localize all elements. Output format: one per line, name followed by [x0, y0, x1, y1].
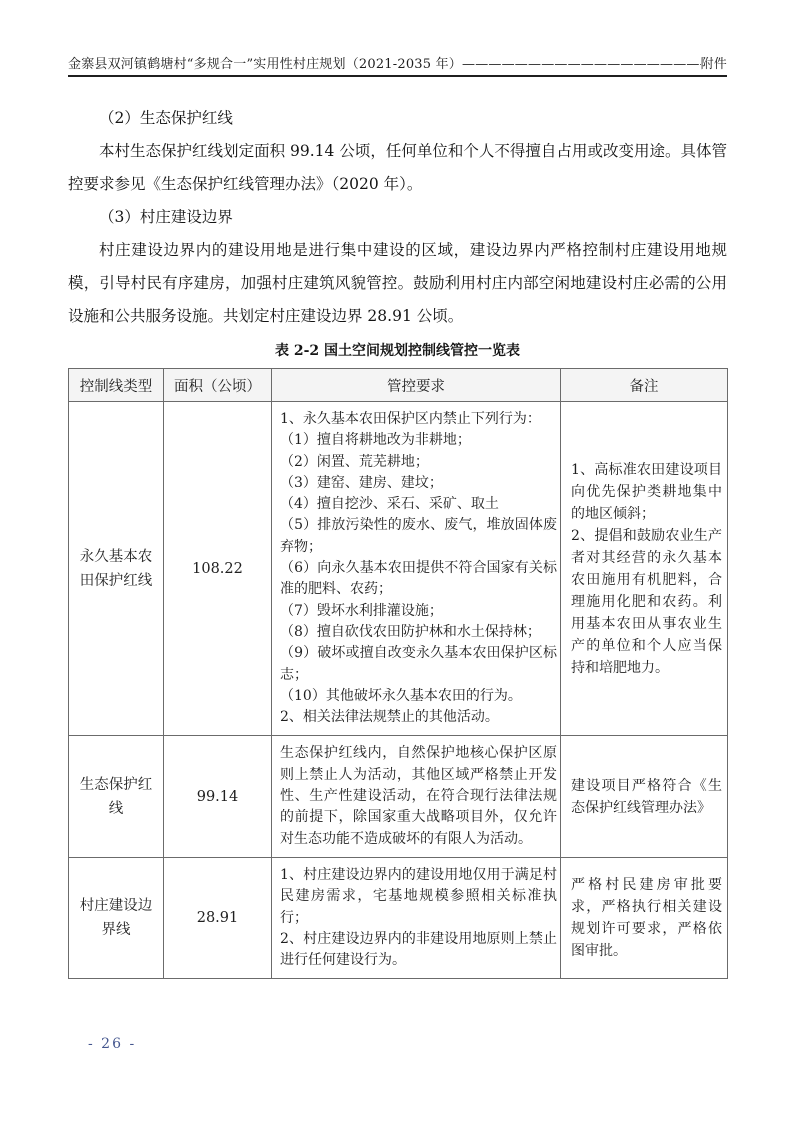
page-number: - 26 - [88, 1036, 136, 1052]
document-page: 金寨县双河镇鹤塘村“多规合一”实用性村庄规划（2021-2035 年） ————… [0, 0, 793, 1122]
cell-requirements: 1、村庄建设边界内的建设用地仅用于满足村民建房需求，宅基地规模参照相关标准执行；… [272, 857, 561, 978]
table-row-farmland-redline: 永久基本农田保护红线 108.22 1、永久基本农田保护区内禁止下列行为： （1… [69, 402, 728, 736]
body-text: （2）生态保护红线 本村生态保护红线划定面积 99.14 公顷，任何单位和个人不… [68, 102, 727, 333]
cell-area: 108.22 [164, 402, 272, 736]
paragraph-eco-redline-heading: （2）生态保护红线 [68, 102, 727, 135]
running-header: 金寨县双河镇鹤塘村“多规合一”实用性村庄规划（2021-2035 年） ————… [68, 0, 727, 77]
cell-remark: 建设项目严格符合《生态保护红线管理办法》 [561, 736, 728, 857]
table-header-row: 控制线类型 面积（公顷） 管控要求 备注 [69, 369, 728, 402]
table-caption: 表 2-2 国土空间规划控制线管控一览表 [68, 340, 727, 360]
paragraph-village-boundary-heading: （3）村庄建设边界 [68, 201, 727, 234]
cell-requirements: 1、永久基本农田保护区内禁止下列行为： （1）擅自将耕地改为非耕地； （2）闲置… [272, 402, 561, 736]
paragraph-eco-redline-body: 本村生态保护红线划定面积 99.14 公顷，任何单位和个人不得擅自占用或改变用途… [68, 135, 727, 201]
cell-area: 99.14 [164, 736, 272, 857]
table-row-village-boundary: 村庄建设边界线 28.91 1、村庄建设边界内的建设用地仅用于满足村民建房需求，… [69, 857, 728, 978]
cell-area: 28.91 [164, 857, 272, 978]
paragraph-village-boundary-body: 村庄建设边界内的建设用地是进行集中建设的区域，建设边界内严格控制村庄建设用地规模… [68, 234, 727, 333]
cell-type: 村庄建设边界线 [69, 857, 164, 978]
cell-remark: 严格村民建房审批要求，严格执行相关建设规划许可要求，严格依图审批。 [561, 857, 728, 978]
header-cell-control-line-type: 控制线类型 [69, 369, 164, 402]
cell-type: 永久基本农田保护红线 [69, 402, 164, 736]
header-cell-requirements: 管控要求 [272, 369, 561, 402]
cell-type: 生态保护红线 [69, 736, 164, 857]
header-cell-remark: 备注 [561, 369, 728, 402]
header-attachment-label: 附件 [701, 53, 727, 72]
control-line-table: 控制线类型 面积（公顷） 管控要求 备注 永久基本农田保护红线 108.22 1… [68, 368, 728, 979]
cell-remark: 1、高标准农田建设项目向优先保护类耕地集中的地区倾斜； 2、提倡和鼓励农业生产者… [561, 402, 728, 736]
document-title: 金寨县双河镇鹤塘村“多规合一”实用性村庄规划（2021-2035 年） [68, 53, 462, 72]
header-cell-area: 面积（公顷） [164, 369, 272, 402]
table-row-eco-redline: 生态保护红线 99.14 生态保护红线内，自然保护地核心保护区原则上禁止人为活动… [69, 736, 728, 857]
header-dash-fill: ———————————————————————————————————— [462, 57, 701, 72]
cell-requirements: 生态保护红线内，自然保护地核心保护区原则上禁止人为活动，其他区域严格禁止开发性、… [272, 736, 561, 857]
